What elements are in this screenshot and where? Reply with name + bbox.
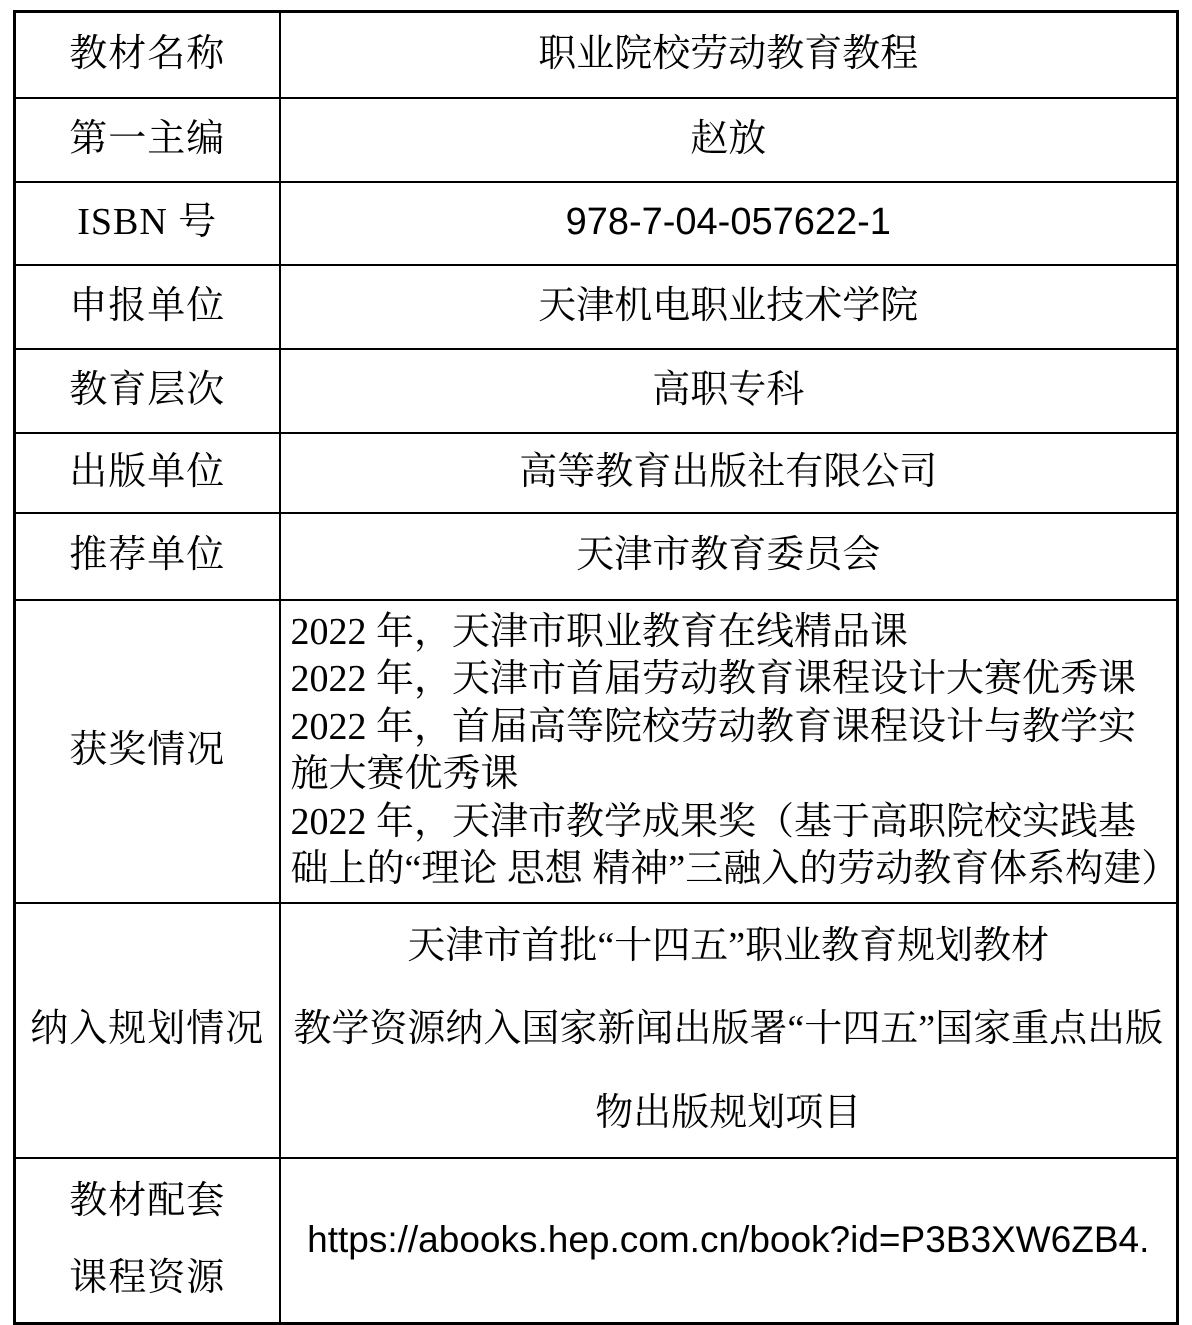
row-label-applicant-unit: 申报单位 xyxy=(15,265,280,349)
row-label-education-level: 教育层次 xyxy=(15,349,280,433)
plan-item: 教学资源纳入国家新闻出版署“十四五”国家重点出版物出版规划项目 xyxy=(287,988,1171,1155)
row-value-isbn: 978-7-04-057622-1 xyxy=(280,182,1178,265)
table-row-textbook-name: 教材名称 职业院校劳动教育教程 xyxy=(15,12,1178,98)
row-label-awards: 获奖情况 xyxy=(15,600,280,903)
table-row-education-level: 教育层次 高职专科 xyxy=(15,349,1178,433)
row-label-isbn: ISBN 号 xyxy=(15,182,280,265)
row-label-planning-inclusion: 纳入规划情况 xyxy=(15,903,280,1158)
row-value-applicant-unit: 天津机电职业技术学院 xyxy=(280,265,1178,349)
table-row-awards: 获奖情况 2022 年，天津市职业教育在线精品课 2022 年，天津市首届劳动教… xyxy=(15,600,1178,903)
row-value-textbook-name: 职业院校劳动教育教程 xyxy=(280,12,1178,98)
row-value-planning-inclusion: 天津市首批“十四五”职业教育规划教材 教学资源纳入国家新闻出版署“十四五”国家重… xyxy=(280,903,1178,1158)
table-row-recommending-unit: 推荐单位 天津市教育委员会 xyxy=(15,513,1178,600)
row-label-line: 教材配套 xyxy=(24,1163,271,1241)
plan-item: 天津市首批“十四五”职业教育规划教材 xyxy=(287,905,1171,989)
row-label-line: 课程资源 xyxy=(24,1240,271,1318)
document-page: 教材名称 职业院校劳动教育教程 第一主编 赵放 ISBN 号 978-7-04-… xyxy=(0,0,1192,1323)
row-value-education-level: 高职专科 xyxy=(280,349,1178,433)
award-item: 2022 年，天津市首届劳动教育课程设计大赛优秀课 xyxy=(291,656,1165,704)
row-value-first-editor: 赵放 xyxy=(280,98,1178,182)
row-value-awards: 2022 年，天津市职业教育在线精品课 2022 年，天津市首届劳动教育课程设计… xyxy=(280,600,1178,903)
row-label-first-editor: 第一主编 xyxy=(15,98,280,182)
award-item: 2022 年，天津市教学成果奖（基于高职院校实践基础上的“理论 思想 精神”三融… xyxy=(291,799,1165,894)
table-row-planning-inclusion: 纳入规划情况 天津市首批“十四五”职业教育规划教材 教学资源纳入国家新闻出版署“… xyxy=(15,903,1178,1158)
table-row-course-resources: 教材配套 课程资源 https://abooks.hep.com.cn/book… xyxy=(15,1158,1178,1324)
row-value-recommending-unit: 天津市教育委员会 xyxy=(280,513,1178,600)
row-value-publisher: 高等教育出版社有限公司 xyxy=(280,433,1178,513)
award-item: 2022 年，首届高等院校劳动教育课程设计与教学实施大赛优秀课 xyxy=(291,704,1165,799)
row-label-publisher: 出版单位 xyxy=(15,433,280,513)
row-label-recommending-unit: 推荐单位 xyxy=(15,513,280,600)
row-value-resource-url: https://abooks.hep.com.cn/book?id=P3B3XW… xyxy=(280,1158,1178,1324)
row-label-course-resources: 教材配套 课程资源 xyxy=(15,1158,280,1324)
award-item: 2022 年，天津市职业教育在线精品课 xyxy=(291,609,1165,657)
table-row-isbn: ISBN 号 978-7-04-057622-1 xyxy=(15,182,1178,265)
textbook-info-table: 教材名称 职业院校劳动教育教程 第一主编 赵放 ISBN 号 978-7-04-… xyxy=(13,10,1179,1325)
row-label-textbook-name: 教材名称 xyxy=(15,12,280,98)
table-row-publisher: 出版单位 高等教育出版社有限公司 xyxy=(15,433,1178,513)
table-row-first-editor: 第一主编 赵放 xyxy=(15,98,1178,182)
table-row-applicant-unit: 申报单位 天津机电职业技术学院 xyxy=(15,265,1178,349)
